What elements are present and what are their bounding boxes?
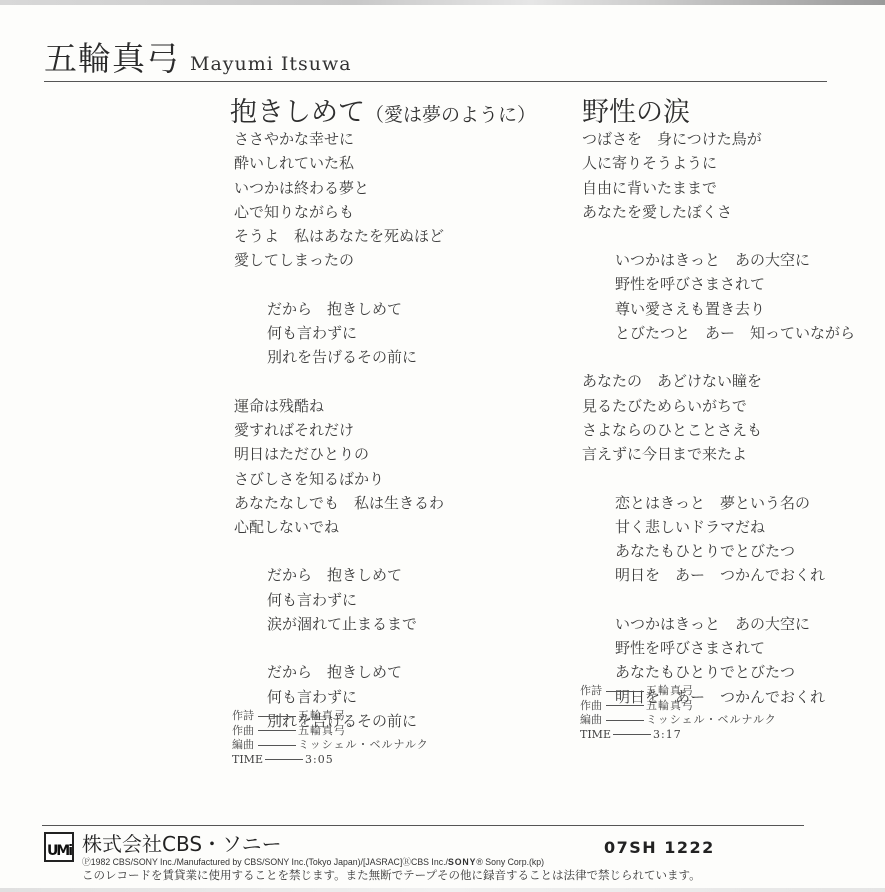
lyric-line: さびしさを知るばかり (234, 467, 444, 491)
credit-value: 五輪真弓 (298, 709, 346, 724)
stanza: だから 抱きしめて何も言わずに別れを告げるその前に (234, 297, 444, 370)
lyric-line: あなたもひとりでとびたつ (615, 539, 855, 563)
song-title-main: 抱きしめて (230, 97, 365, 128)
lyrics-song-1: ささやかな幸せに酔いしれていた私いつかは終わる夢と心で知りながらもそうよ 私はあ… (234, 127, 444, 733)
credit-label: TIME (232, 753, 263, 768)
credit-label: TIME (580, 728, 611, 743)
lyric-line: あなたを愛したぼくさ (582, 200, 855, 224)
lyric-line: いつかはきっと あの大空に (615, 248, 855, 272)
credit-label: 作詩 (232, 709, 256, 724)
song-title-1: 抱きしめて（愛は夢のように） (230, 90, 536, 129)
lyric-line: 愛すればそれだけ (234, 418, 444, 442)
credit-row: 作曲五輪真弓 (580, 699, 777, 714)
credit-label: 作曲 (580, 699, 604, 714)
lyric-line: 別れを告げるその前に (267, 345, 444, 369)
lyric-line: 見るたびためらいがちで (582, 394, 855, 418)
song-subtitle: （愛は夢のように） (365, 104, 536, 126)
stanza: つばさを 身につけた鳥が人に寄りそうように自由に背いたままであなたを愛したぼくさ (582, 127, 855, 224)
lyric-line: 心で知りながらも (234, 200, 444, 224)
copyright-notice: Ⓟ1982 CBS/SONY Inc./Manufactured by CBS/… (82, 854, 544, 868)
credit-row: 編曲ミッシェル・ベルナルク (232, 738, 429, 753)
artist-name-english: Mayumi Itsuwa (190, 53, 352, 75)
stanza: だから 抱きしめて何も言わずに涙が涸れて止まるまで (234, 563, 444, 636)
credit-label: 編曲 (232, 738, 256, 753)
lyric-line: 自由に背いたままで (582, 176, 855, 200)
song-title-main: 野性の涙 (582, 97, 690, 128)
lyric-line: 恋とはきっと 夢という名の (615, 491, 855, 515)
credits-song-2: 作詩五輪真弓作曲五輪真弓編曲ミッシェル・ベルナルクTIME3:17 (580, 684, 777, 742)
artist-name-japanese: 五輪真弓 (44, 33, 180, 80)
lyric-line: 愛してしまったの (234, 248, 444, 272)
lyric-line: だから 抱きしめて (267, 660, 444, 684)
stanza: いつかはきっと あの大空に野性を呼びさまされて尊い愛さえも置き去りとびたつと あ… (582, 248, 855, 345)
record-label-logo: UMi (44, 832, 74, 862)
lyric-line: 運命は残酷ね (234, 394, 444, 418)
credit-dash (258, 745, 296, 746)
lyric-line: いつかはきっと あの大空に (615, 612, 855, 636)
lyric-line: つばさを 身につけた鳥が (582, 127, 855, 151)
stanza: 恋とはきっと 夢という名の甘く悲しいドラマだねあなたもひとりでとびたつ明日を あ… (582, 491, 855, 588)
stanza: ささやかな幸せに酔いしれていた私いつかは終わる夢と心で知りながらもそうよ 私はあ… (234, 127, 444, 273)
credit-value: ミッシェル・ベルナルク (646, 713, 777, 728)
lyric-line: そうよ 私はあなたを死ぬほど (234, 224, 444, 248)
lyric-line: とびたつと あー 知っていながら (615, 321, 855, 345)
scan-edge (0, 0, 885, 5)
label-name: 株式会社CBS・ソニー (82, 828, 282, 857)
lyric-line: 何も言わずに (267, 588, 444, 612)
credit-value: 3:05 (305, 753, 334, 768)
lyrics-song-2: つばさを 身につけた鳥が人に寄りそうように自由に背いたままであなたを愛したぼくさ… (582, 127, 855, 709)
credits-song-1: 作詩五輪真弓作曲五輪真弓編曲ミッシェル・ベルナルクTIME3:05 (232, 709, 429, 767)
credit-dash (258, 730, 296, 731)
song-title-2: 野性の涙 (582, 90, 690, 129)
artist-header: 五輪真弓 Mayumi Itsuwa (44, 33, 352, 80)
lyric-line: 心配しないでね (234, 515, 444, 539)
stanza: あなたの あどけない瞳を見るたびためらいがちでさよならのひとことさえも言えずに今… (582, 369, 855, 466)
footer-divider (42, 825, 804, 826)
credit-value: 3:17 (653, 728, 682, 743)
lyric-line: 尊い愛さえも置き去り (615, 297, 855, 321)
lyric-line: 涙が涸れて止まるまで (267, 612, 444, 636)
credit-value: 五輪真弓 (646, 699, 694, 714)
credit-dash (265, 759, 303, 760)
lyric-line: さよならのひとことさえも (582, 418, 855, 442)
credit-row: 作詩五輪真弓 (580, 684, 777, 699)
lyric-line: 明日はただひとりの (234, 442, 444, 466)
credit-dash (258, 716, 296, 717)
credit-row: TIME3:05 (232, 753, 429, 768)
lyric-line: 何も言わずに (267, 685, 444, 709)
lyric-line: 甘く悲しいドラマだね (615, 515, 855, 539)
lyric-line: 野性を呼びさまされて (615, 636, 855, 660)
lyric-line: 酔いしれていた私 (234, 151, 444, 175)
credit-value: 五輪真弓 (298, 724, 346, 739)
lyric-line: あなたなしでも 私は生きるわ (234, 491, 444, 515)
lyric-line: 野性を呼びさまされて (615, 272, 855, 296)
credit-dash (606, 691, 644, 692)
credit-label: 作詩 (580, 684, 604, 699)
logo-icon: UMi (47, 842, 71, 860)
credit-value: 五輪真弓 (646, 684, 694, 699)
lyric-line: あなたもひとりでとびたつ (615, 660, 855, 684)
catalog-number: 07SH 1222 (604, 838, 715, 857)
credit-dash (613, 734, 651, 735)
header-divider (44, 81, 827, 82)
lyric-line: 人に寄りそうように (582, 151, 855, 175)
scan-edge (0, 888, 885, 892)
lyric-line: ささやかな幸せに (234, 127, 444, 151)
credit-dash (606, 720, 644, 721)
lyric-line: 何も言わずに (267, 321, 444, 345)
credit-value: ミッシェル・ベルナルク (298, 738, 429, 753)
lyric-line: 言えずに今日まで来たよ (582, 442, 855, 466)
lyric-line: 明日を あー つかんでおくれ (615, 563, 855, 587)
rental-warning: このレコードを賃貸業に使用することを禁じます。また無断でテープその他に録音するこ… (82, 867, 701, 883)
credit-row: 作曲五輪真弓 (232, 724, 429, 739)
lyric-line: だから 抱きしめて (267, 297, 444, 321)
lyric-line: いつかは終わる夢と (234, 176, 444, 200)
credit-row: 作詩五輪真弓 (232, 709, 429, 724)
lyric-line: だから 抱きしめて (267, 563, 444, 587)
credit-label: 作曲 (232, 724, 256, 739)
credit-row: TIME3:17 (580, 728, 777, 743)
lyric-line: あなたの あどけない瞳を (582, 369, 855, 393)
credit-dash (606, 705, 644, 706)
stanza: 運命は残酷ね愛すればそれだけ明日はただひとりのさびしさを知るばかりあなたなしでも… (234, 394, 444, 540)
credit-label: 編曲 (580, 713, 604, 728)
credit-row: 編曲ミッシェル・ベルナルク (580, 713, 777, 728)
